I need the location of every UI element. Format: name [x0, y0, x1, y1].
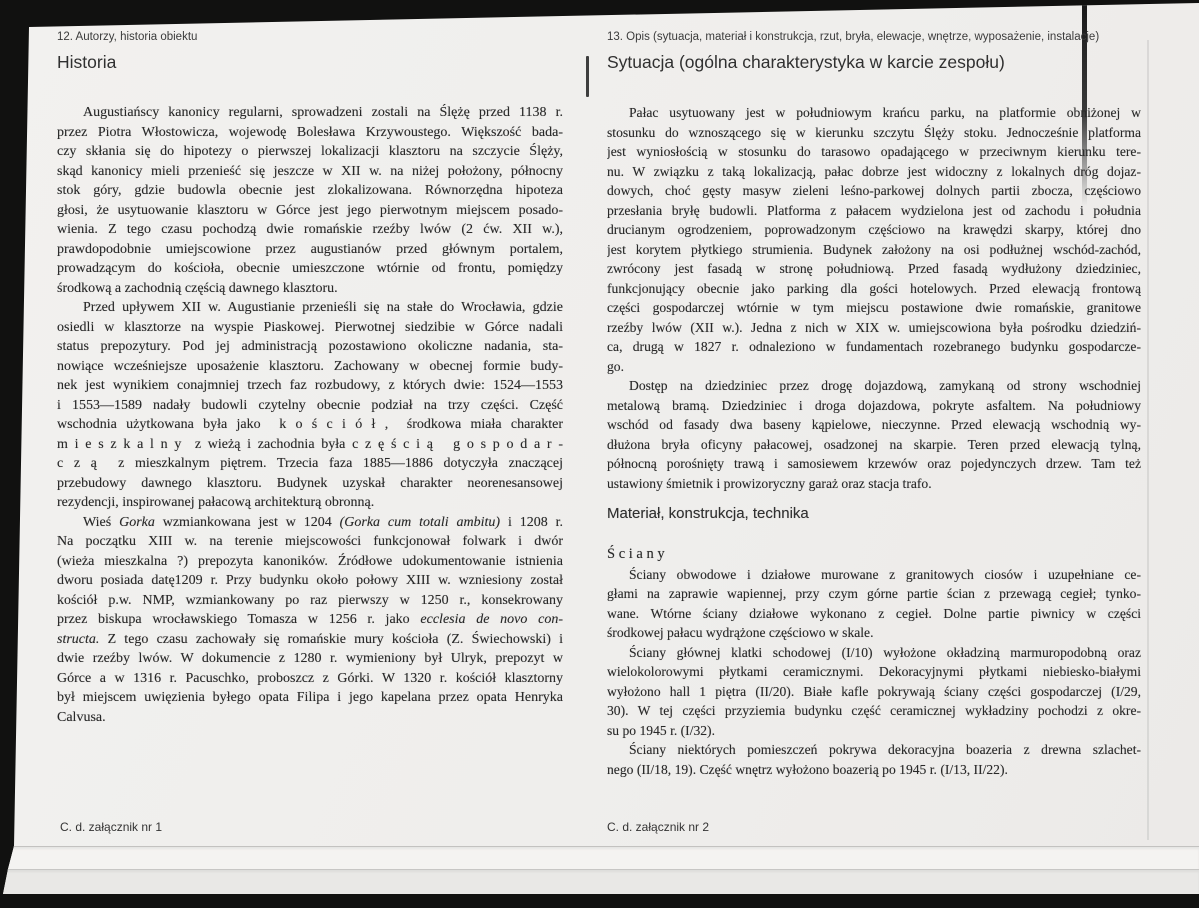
text-line: Ściany głównej klatki schodowej (I/10) w… — [607, 643, 1141, 663]
text-line: funkcjonujący obecnie jako parking dla g… — [607, 279, 1141, 299]
text-line: zwrócony jest fasadą w stronę południową… — [607, 259, 1141, 279]
text-line: (wieża mieszkalna ?) prepozyta kanoników… — [57, 552, 563, 572]
text-line: czy skłania się do hipotezy o pierwszej … — [57, 142, 563, 162]
text-line: stosunku do wznoszącego się w kierunku s… — [607, 123, 1141, 143]
text-line: Dostęp na dziedziniec przez drogę dojazd… — [607, 376, 1141, 396]
text-line: głami na zaprawie wapiennej, przy czym g… — [607, 584, 1141, 604]
text-line: Ściany obwodowe i działowe murowane z gr… — [607, 565, 1141, 585]
text-line: prowadzącym do kościoła, obecnie umieszc… — [57, 259, 563, 279]
text-line: środkową a zachodnią częścią dawnego kla… — [57, 279, 563, 299]
page-edge-line — [1147, 40, 1149, 840]
text-line: prawdopodobnie umiejscowione przez augus… — [57, 240, 563, 260]
text-line: Na początku XIII w. na terenie miejscowo… — [57, 532, 563, 552]
spacedheading: Ś c i a n y — [607, 545, 1141, 565]
text-line: stok góry, gdzie budowla obecnie jest zl… — [57, 181, 563, 201]
text-line: wyłożono hall 1 piętra (II/20). Białe ka… — [607, 682, 1141, 702]
text-line: Augustiańscy kanonicy regularni, sprowad… — [57, 103, 563, 123]
page-2: 13. Opis (sytuacja, materiał i konstrukc… — [607, 31, 1141, 779]
underlying-sheet-edge — [0, 846, 1199, 870]
page-1: 12. Autorzy, historia obiektu Historia A… — [57, 31, 563, 727]
page-body: Augustiańscy kanonicy regularni, sprowad… — [57, 103, 563, 727]
text-line: rezydencji, inspirowanej pałacową archit… — [57, 493, 563, 513]
page-footer: C. d. załącznik nr 2 — [607, 820, 709, 834]
text-line: Pałac usytuowany jest w południowym krań… — [607, 103, 1141, 123]
text-line: kościół p.w. NMP, wzmiankowany po raz pi… — [57, 591, 563, 611]
text-line: był miejscem uwięzienia byłego opata Fil… — [57, 688, 563, 708]
text-line: wschód od fasady dwa baseny kąpielowe, n… — [607, 415, 1141, 435]
text-line: nego (II/18, 19). Część wnętrz wyłożono … — [607, 760, 1141, 780]
text-line: nowiące wcześniejsze uposażenie klasztor… — [57, 357, 563, 377]
text-line: przez Piotra Włostowicza, wojewodę Boles… — [57, 123, 563, 143]
text-line: i 1553—1589 nadały budowli czytelny obec… — [57, 396, 563, 416]
text-line: północną porośnięty trawą i samosiewem k… — [607, 454, 1141, 474]
text-line: structa. Z tego czasu zachowały się roma… — [57, 630, 563, 650]
page-footer: C. d. załącznik nr 1 — [60, 820, 162, 834]
text-line: jest wyniosłością w stosunku do tarasowo… — [607, 142, 1141, 162]
text-line: środkowej pałacu wydrążone częściowo w s… — [607, 623, 1141, 643]
text-line: jest korytem płytkiego strumienia. Budyn… — [607, 240, 1141, 260]
text-line: metalową bramą. Dziedziniec i droga doja… — [607, 396, 1141, 416]
text-line: Górce a w 1316 r. Pacuschko, proboszcz z… — [57, 669, 563, 689]
text-line: m i e s z k a l n y z wieżą i zachodnia … — [57, 435, 563, 455]
page-header: 12. Autorzy, historia obiektu — [57, 31, 563, 43]
text-line: Wieś Gorka wzmiankowana jest w 1204 (Gor… — [57, 513, 563, 533]
text-line: Calvusa. — [57, 708, 563, 728]
text-line: przez biskupa wrocławskiego Tomasza w 12… — [57, 610, 563, 630]
text-line: dłużona bryła oficyny pałacowej, osadzon… — [607, 435, 1141, 455]
underlying-sheet-edge — [0, 869, 1199, 895]
text-line: nek jest wynikiem conajmniej trzech faz … — [57, 376, 563, 396]
paper-sheet: 12. Autorzy, historia obiektu Historia A… — [0, 0, 1199, 908]
text-line: skąd kanonicy mieli przenieść się jeszcz… — [57, 162, 563, 182]
text-line: status prepozytury. Pod jej administracj… — [57, 337, 563, 357]
text-line: drucianym ogrodzeniem, poprowadzonym czę… — [607, 220, 1141, 240]
text-line: Przed upływem XII w. Augustianie przenie… — [57, 298, 563, 318]
text-line: nu. W związku z taką lokalizacją, pałac … — [607, 162, 1141, 182]
section-title: Sytuacja (ogólna charakterystyka w karci… — [607, 52, 1141, 73]
scan-artifact-mark — [586, 56, 589, 97]
subheading: Materiał, konstrukcja, technika — [607, 504, 1141, 524]
text-line: przebudowy dawnego klasztoru. Budynek uz… — [57, 474, 563, 494]
scanned-document-spread: { "scan": { "background_color": "#111110… — [0, 0, 1199, 908]
text-line: su po 1945 r. (I/32). — [607, 721, 1141, 741]
page-header: 13. Opis (sytuacja, materiał i konstrukc… — [607, 31, 1141, 43]
text-line: ustawiony śmietnik i prowizoryczny garaż… — [607, 474, 1141, 494]
text-line: wschodnia użytkowana była jako k o ś c i… — [57, 415, 563, 435]
text-line: c z ą z mieszkalnym piętrem. Trzecia faz… — [57, 454, 563, 474]
text-line: go. — [607, 357, 1141, 377]
text-line: głosi, że usytuowanie klasztoru w Górce … — [57, 201, 563, 221]
text-line: wane. Wtórne ściany działowe wykonano z … — [607, 604, 1141, 624]
page-body: Pałac usytuowany jest w południowym krań… — [607, 103, 1141, 779]
text-line: przesłania bryłę budowli. Platforma z pa… — [607, 201, 1141, 221]
text-line: rzeźby lwów (XII w.). Jedna z nich w XIX… — [607, 318, 1141, 338]
text-line: wienia. Z tego czasu pochodzą dwie romań… — [57, 220, 563, 240]
text-line: osiedli w klasztorze na wyspie Piaskowej… — [57, 318, 563, 338]
text-line: 30). W tej części przyziemia budynku czę… — [607, 701, 1141, 721]
text-line: Ściany niektórych pomieszczeń pokrywa de… — [607, 740, 1141, 760]
text-line: części gospodarczej wtórnie w tym miejsc… — [607, 298, 1141, 318]
text-line: dowych, choć gęsty masyw zieleni leśno-p… — [607, 181, 1141, 201]
text-line: ca, drugą w 1827 r. odnaleziono w fundam… — [607, 337, 1141, 357]
text-line: dworu posiada datę1209 r. Przy budynku o… — [57, 571, 563, 591]
text-line: dwie rzeźby lwów. W dokumencie z 1280 r.… — [57, 649, 563, 669]
section-title: Historia — [57, 52, 563, 73]
text-line: wielokolorowymi płytkami ceramicznymi. D… — [607, 662, 1141, 682]
